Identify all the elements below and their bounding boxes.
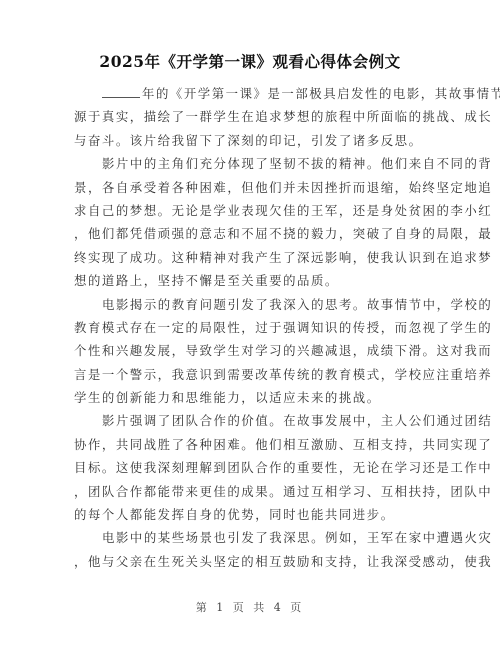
text-line: 终实现了成功。这种精神对我产生了深远影响，使我认识到在追求梦 xyxy=(74,246,426,269)
text-line: 景，各自承受着各种困难，但他们并未因挫折而退缩，始终坚定地追 xyxy=(74,176,426,199)
text-line: 与奋斗。该片给我留下了深刻的印记，引发了诸多反思。 xyxy=(74,129,426,152)
text-line: 源于真实，描绘了一群学生在追求梦想的旅程中所面临的挑战、成长 xyxy=(74,105,426,128)
text-line: 年的《开学第一课》是一部极具启发性的电影，其故事情节 xyxy=(74,82,426,105)
text-line: 协作，共同战胜了各种困难。他们相互激励、互相支持，共同实现了 xyxy=(74,433,426,456)
text-line: ，团队合作都能带来更佳的成果。通过互相学习、互相扶持，团队中 xyxy=(74,480,426,503)
paragraph-5: 电影中的某些场景也引发了我深思。例如，王军在家中遭遇火灾 ，他与父亲在生死关头坚… xyxy=(74,526,426,573)
text-line: 电影中的某些场景也引发了我深思。例如，王军在家中遭遇火灾 xyxy=(74,526,426,549)
text-line: 求自己的梦想。无论是学业表现欠佳的王军，还是身处贫困的李小红 xyxy=(74,199,426,222)
text-line: 影片中的主角们充分体现了坚韧不拔的精神。他们来自不同的背 xyxy=(74,152,426,175)
text-line: 电影揭示的教育问题引发了我深入的思考。故事情节中，学校的 xyxy=(74,293,426,316)
document-body: 年的《开学第一课》是一部极具启发性的电影，其故事情节 源于真实，描绘了一群学生在… xyxy=(74,82,426,573)
paragraph-4: 影片强调了团队合作的价值。在故事发展中，主人公们通过团结 协作，共同战胜了各种困… xyxy=(74,409,426,526)
paragraph-3: 电影揭示的教育问题引发了我深入的思考。故事情节中，学校的 教育模式存在一定的局限… xyxy=(74,293,426,410)
text-line: 目标。这使我深刻理解到团队合作的重要性，无论在学习还是工作中 xyxy=(74,456,426,479)
page-indicator: 第 1 页 共 4 页 xyxy=(0,599,500,615)
text-line: ，他与父亲在生死关头坚定的相互鼓励和支持，让我深受感动，使我 xyxy=(74,550,426,573)
text-line: 的每个人都能发挥自身的优势，同时也能共同进步。 xyxy=(74,503,426,526)
text-line: 教育模式存在一定的局限性，过于强调知识的传授，而忽视了学生的 xyxy=(74,316,426,339)
text-line: ，他们都凭借顽强的意志和不屈不挠的毅力，突破了自身的局限，最 xyxy=(74,222,426,245)
paragraph-1: 年的《开学第一课》是一部极具启发性的电影，其故事情节 源于真实，描绘了一群学生在… xyxy=(74,82,426,152)
text-line: 个性和兴趣发展，导致学生对学习的兴趣减退，成绩下滑。这对我而 xyxy=(74,339,426,362)
fill-in-blank xyxy=(102,86,140,98)
document-page: 2025年《开学第一课》观看心得体会例文 年的《开学第一课》是一部极具启发性的电… xyxy=(0,0,500,647)
text-line: 影片强调了团队合作的价值。在故事发展中，主人公们通过团结 xyxy=(74,409,426,432)
text-line: 想的道路上，坚持不懈是至关重要的品质。 xyxy=(74,269,426,292)
document-title: 2025年《开学第一课》观看心得体会例文 xyxy=(0,50,500,72)
text-line: 言是一个警示，我意识到需要改革传统的教育模式，学校应注重培养 xyxy=(74,363,426,386)
paragraph-2: 影片中的主角们充分体现了坚韧不拔的精神。他们来自不同的背 景，各自承受着各种困难… xyxy=(74,152,426,292)
text-line: 学生的创新能力和思维能力，以适应未来的挑战。 xyxy=(74,386,426,409)
